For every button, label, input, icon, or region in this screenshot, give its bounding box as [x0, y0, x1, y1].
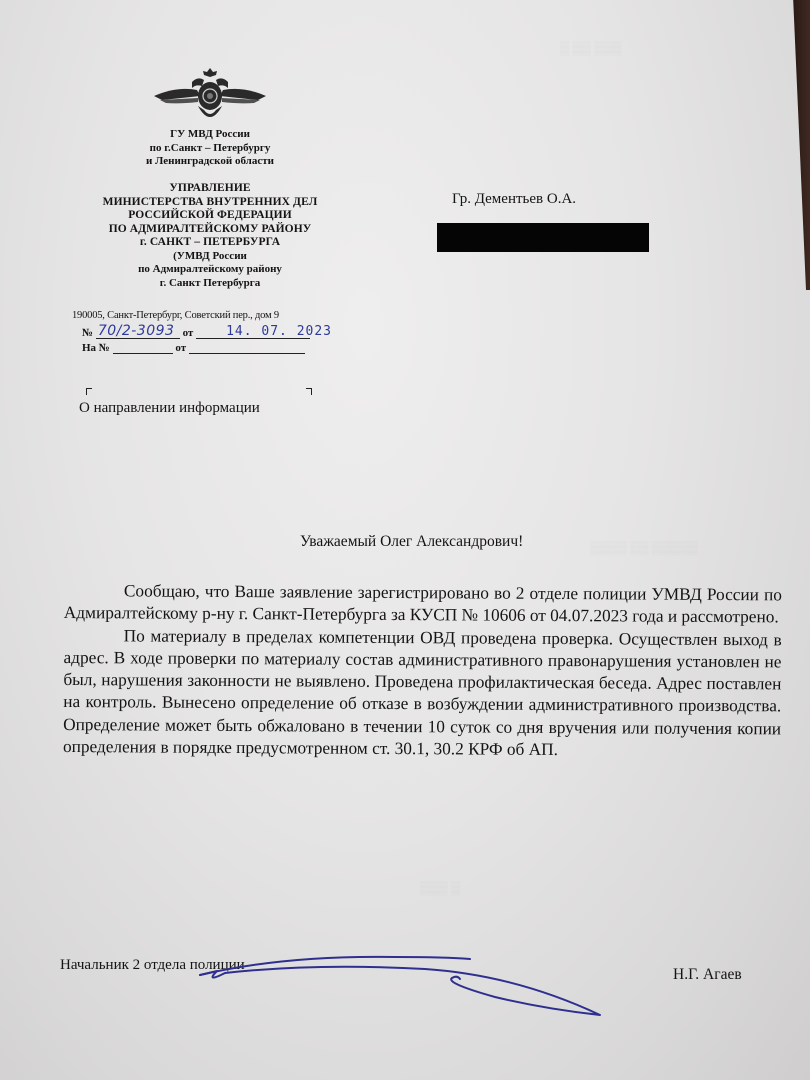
mvd-eagle-emblem-icon — [152, 66, 268, 128]
department-header-line: РОССИЙСКОЙ ФЕДЕРАЦИИ — [60, 209, 360, 223]
department-header-line: УПРАВЛЕНИЕ — [60, 182, 360, 196]
outgoing-number-line: № 70/2-3093 от 14. 07. 2023 — [82, 326, 310, 339]
outgoing-date-field: 14. 07. 2023 — [196, 326, 310, 339]
outgoing-number-handwritten: 70/2-3093 — [98, 323, 175, 339]
bleed-through-text: ▒ ▒▒ ▒▒▒ — [560, 40, 622, 56]
department-header-line: г. САНКТ – ПЕТЕРБУРГА — [60, 236, 360, 250]
reply-to-line: На № от — [82, 341, 305, 354]
reply-number-label: На № — [82, 342, 110, 354]
ministry-header-line: по г.Санкт – Петербургу — [110, 142, 310, 156]
handwritten-signature-icon — [195, 945, 655, 1025]
ministry-header-line: ГУ МВД России — [110, 128, 310, 142]
outgoing-date-stamp: 14. 07. 2023 — [226, 324, 332, 339]
recipient-name: Гр. Дементьев О.А. — [452, 191, 576, 208]
signer-name: Н.Г. Агаев — [673, 966, 742, 984]
body-paragraph: Сообщаю, что Ваше заявление зарегистриро… — [64, 580, 782, 629]
letter-subject: О направлении информации — [79, 400, 260, 417]
department-header: УПРАВЛЕНИЕ МИНИСТЕРСТВА ВНУТРЕННИХ ДЕЛ Р… — [60, 182, 360, 290]
bleed-through-text: ▒▒▒ ▒ — [420, 880, 460, 896]
number-label: № — [82, 327, 93, 339]
bleed-through-text: ▒▒▒▒ ▒▒ ▒▒▒▒▒ — [590, 540, 698, 556]
ministry-header-line: и Ленинградской области — [110, 155, 310, 169]
department-header-line: по Адмиралтейскому району — [60, 263, 360, 277]
redacted-recipient-address — [437, 223, 649, 252]
letter-body: Сообщаю, что Ваше заявление зарегистриро… — [63, 580, 782, 763]
outgoing-number-field: 70/2-3093 — [96, 326, 180, 339]
department-address: 190005, Санкт-Петербург, Советский пер.,… — [72, 310, 279, 321]
reply-number-field — [113, 341, 173, 354]
ministry-header: ГУ МВД России по г.Санкт – Петербургу и … — [110, 128, 310, 169]
reply-date-field — [189, 341, 305, 354]
department-header-line: (УМВД России — [60, 250, 360, 264]
from-label: от — [183, 327, 194, 339]
subject-corner-marks — [86, 388, 312, 398]
department-header-line: ПО АДМИРАЛТЕЙСКОМУ РАЙОНУ — [60, 223, 360, 237]
department-header-line: МИНИСТЕРСТВА ВНУТРЕННИХ ДЕЛ — [60, 196, 360, 210]
reply-from-label: от — [175, 342, 186, 354]
department-header-line: г. Санкт Петербурга — [60, 277, 360, 291]
body-paragraph: По материалу в пределах компетенции ОВД … — [63, 625, 782, 763]
salutation: Уважаемый Олег Александрович! — [300, 533, 523, 551]
